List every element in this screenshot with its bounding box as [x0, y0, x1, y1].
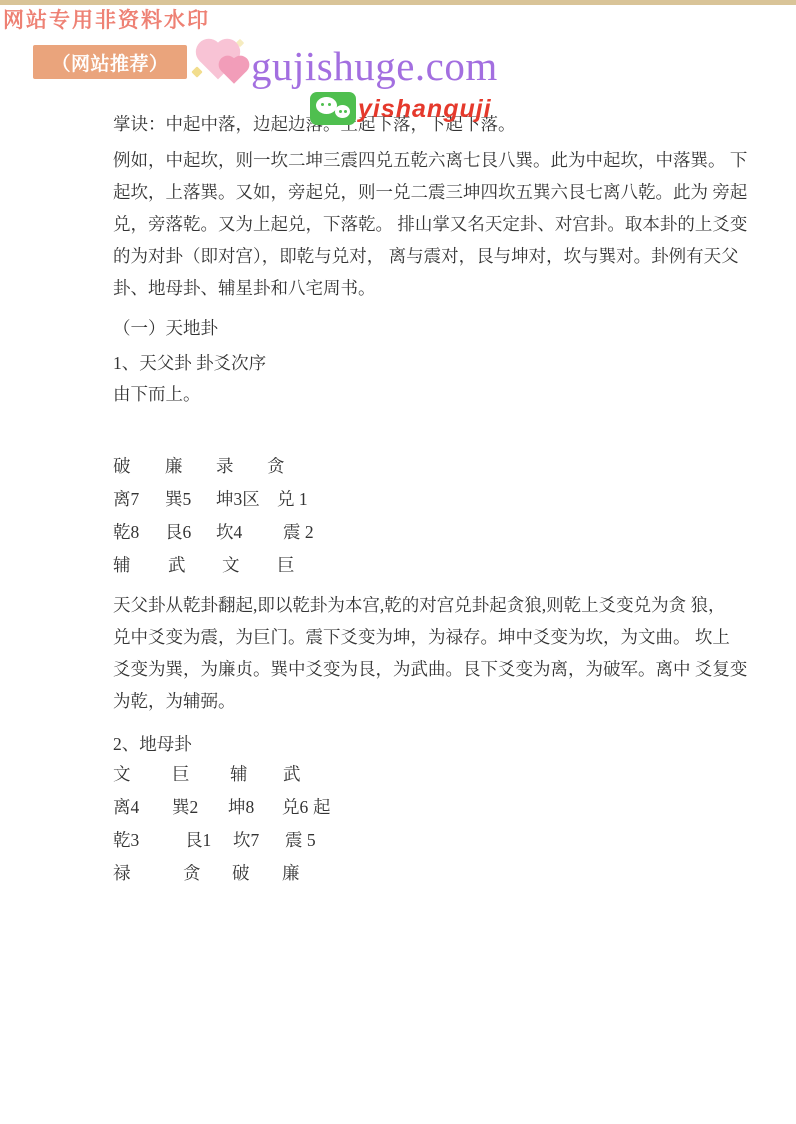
table-row: 禄 贪 破 廉: [113, 857, 733, 890]
paragraph-example: 例如，中起坎，则一坎二坤三震四兑五乾六离七艮八巽。此为中起坎，中落巽。 下 起坎…: [113, 144, 733, 304]
heading-text: 2、地母卦: [113, 728, 733, 760]
table-row: 辅 武 文 巨: [113, 549, 733, 582]
wechat-watermark-text: yishanguji: [358, 95, 492, 124]
doc-line: 例如，中起坎，则一坎二坤三震四兑五乾六离七艮八巽。此为中起坎，中落巽。 下: [113, 144, 733, 176]
table-cell: 兑6: [282, 791, 308, 824]
table-cell: 文: [113, 758, 131, 791]
table-row: 乾8 艮6 坎4 震 2: [113, 516, 733, 549]
table-cell: 破: [232, 857, 250, 890]
table-cell: 巽2: [172, 791, 198, 824]
table-cell: 武: [168, 549, 186, 582]
tianfu-table: 破 廉 录 贪 离7 巽5 坤3区 兑 1 乾8 艮6 坎4 震 2 辅 武 文: [113, 450, 733, 582]
table-cell: 禄: [113, 857, 131, 890]
table-cell: 录: [216, 450, 234, 483]
table-cell: 贪: [183, 857, 201, 890]
table-cell: 破: [113, 450, 131, 483]
table-cell: 辅: [113, 549, 131, 582]
doc-line: 爻变为巽，为廉贞。巽中爻变为艮，为武曲。艮下爻变为离，为破军。离中 爻复变: [113, 653, 733, 685]
table-cell: 艮1: [185, 824, 211, 857]
table-cell: 巨: [172, 758, 190, 791]
table-cell: 巨: [277, 549, 295, 582]
heading-text: （一）天地卦: [113, 312, 733, 344]
table-row: 文 巨 辅 武: [113, 758, 733, 791]
table-cell: 坤8: [228, 791, 254, 824]
table-cell: 坎7: [233, 824, 259, 857]
heading-text: 1、天父卦 卦爻次序: [113, 347, 733, 379]
doc-line: 天父卦从乾卦翻起,即以乾卦为本宫,乾的对宫兑卦起贪狼,则乾上爻变兑为贪 狼，: [113, 589, 733, 621]
table-cell: 廉: [282, 857, 300, 890]
table-cell: 廉: [165, 450, 183, 483]
table-cell: 起: [313, 791, 331, 824]
heading-tianfu: 1、天父卦 卦爻次序: [113, 347, 733, 379]
document-body: 掌诀：中起中落，边起边落。上起下落，下起下落。 例如，中起坎，则一坎二坤三震四兑…: [0, 0, 796, 1124]
table-cell: 乾3: [113, 824, 139, 857]
table-cell: 离7: [113, 483, 139, 516]
dimu-table: 文 巨 辅 武 离4 巽2 坤8 兑6 起 乾3 艮1 坎7 震 5 禄 贪: [113, 758, 733, 890]
table-row: 离7 巽5 坤3区 兑 1: [113, 483, 733, 516]
doc-line: 兑中爻变为震，为巨门。震下爻变为坤，为禄存。坤中爻变为坎，为文曲。 坎上: [113, 621, 733, 653]
table-row: 乾3 艮1 坎7 震 5: [113, 824, 733, 857]
table-cell: 辅: [230, 758, 248, 791]
table-cell: 武: [283, 758, 301, 791]
table-row: 破 廉 录 贪: [113, 450, 733, 483]
chat-bubble-icon: [316, 97, 337, 114]
doc-line: 兑，旁落乾。又为上起兑，下落乾。 排山掌又名天定卦、对宫卦。取本卦的上爻变: [113, 208, 733, 240]
table-cell: 坤3区: [216, 483, 260, 516]
doc-line: 卦、地母卦、辅星卦和八宅周书。: [113, 272, 733, 304]
table-cell: 文: [222, 549, 240, 582]
heading-dimu: 2、地母卦: [113, 728, 733, 760]
table-cell: 震 5: [285, 824, 316, 857]
table-cell: 艮6: [165, 516, 191, 549]
chat-bubble-icon: [335, 105, 350, 118]
doc-line: 为乾，为辅弼。: [113, 685, 733, 717]
table-cell: 乾8: [113, 516, 139, 549]
paragraph-tianfu-explanation: 天父卦从乾卦翻起,即以乾卦为本宫,乾的对宫兑卦起贪狼,则乾上爻变兑为贪 狼， 兑…: [113, 589, 733, 717]
table-cell: 离4: [113, 791, 139, 824]
order-note: 由下而上。: [113, 378, 733, 410]
doc-line: 由下而上。: [113, 378, 733, 410]
section-heading-tiandi: （一）天地卦: [113, 312, 733, 344]
table-row: 离4 巽2 坤8 兑6 起: [113, 791, 733, 824]
wechat-icon: [310, 92, 356, 125]
table-cell: 兑 1: [277, 483, 308, 516]
table-cell: 震 2: [283, 516, 314, 549]
table-cell: 坎4: [216, 516, 242, 549]
table-cell: 贪: [267, 450, 285, 483]
document-page: 网站专用非资料水印 （网站推荐） gujishuge.com 掌诀：中起中落，边…: [0, 0, 796, 1124]
doc-line: 起坎，上落巽。又如，旁起兑，则一兑二震三坤四坎五巽六艮七离八乾。此为 旁起: [113, 176, 733, 208]
table-cell: 巽5: [165, 483, 191, 516]
doc-line: 的为对卦（即对宫），即乾与兑对， 离与震对，艮与坤对，坎与巽对。卦例有天父: [113, 240, 733, 272]
